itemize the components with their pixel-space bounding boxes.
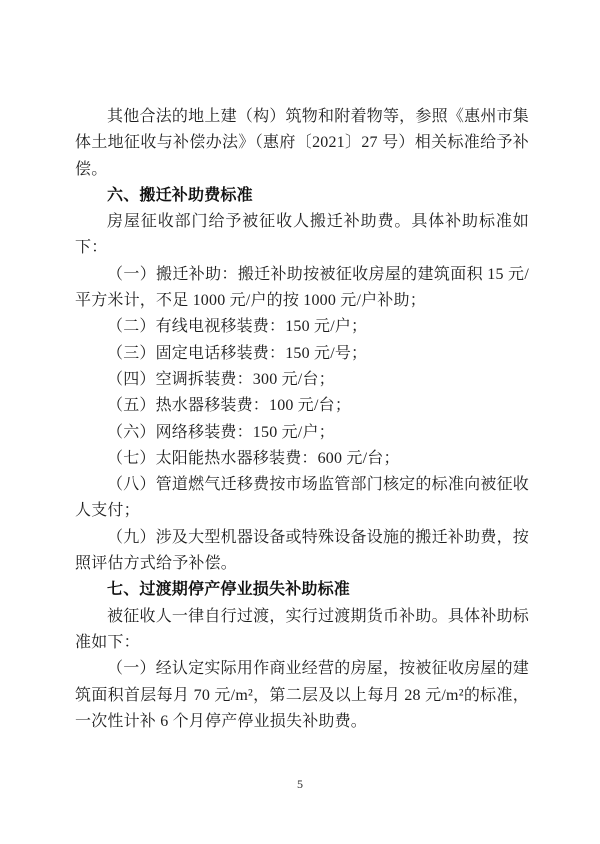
list-item-solar-water-heater-fee: （七）太阳能热水器移装费：600 元/台； (75, 446, 529, 472)
paragraph-transition-subsidy-intro: 被征收人一律自行过渡，实行过渡期货币补助。具体补助标准如下： (75, 604, 529, 657)
list-item-commercial-premises-subsidy: （一）经认定实际用作商业经营的房屋，按被征收房屋的建筑面积首层每月 70 元/m… (75, 656, 529, 735)
list-item-water-heater-fee: （五）热水器移装费：100 元/台； (75, 393, 529, 419)
list-item-large-equipment-fee: （九）涉及大型机器设备或特殊设备设施的搬迁补助费，按照评估方式给予补偿。 (75, 525, 529, 578)
list-item-landline-fee: （三）固定电话移装费：150 元/号； (75, 341, 529, 367)
list-item-pipeline-gas-fee: （八）管道燃气迁移费按市场监管部门核定的标准向被征收人支付； (75, 472, 529, 525)
scanned-document-page: 其他合法的地上建（构）筑物和附着物等，参照《惠州市集体土地征收与补偿办法》（惠府… (0, 0, 600, 844)
list-item-network-fee: （六）网络移装费：150 元/户； (75, 420, 529, 446)
paragraph-other-structures-compensation: 其他合法的地上建（构）筑物和附着物等，参照《惠州市集体土地征收与补偿办法》（惠府… (75, 104, 529, 183)
section-heading-relocation-subsidy: 六、搬迁补助费标准 (75, 183, 529, 209)
section-heading-business-loss-subsidy: 七、过渡期停产停业损失补助标准 (75, 577, 529, 603)
page-number: 5 (0, 777, 600, 791)
list-item-cable-tv-fee: （二）有线电视移装费：150 元/户； (75, 314, 529, 340)
list-item-air-conditioner-fee: （四）空调拆装费：300 元/台； (75, 367, 529, 393)
list-item-relocation-allowance: （一）搬迁补助：搬迁补助按被征收房屋的建筑面积 15 元/平方米计，不足 100… (75, 262, 529, 315)
document-body: 其他合法的地上建（构）筑物和附着物等，参照《惠州市集体土地征收与补偿办法》（惠府… (75, 104, 529, 735)
paragraph-relocation-subsidy-intro: 房屋征收部门给予被征收人搬迁补助费。具体补助标准如下： (75, 209, 529, 262)
